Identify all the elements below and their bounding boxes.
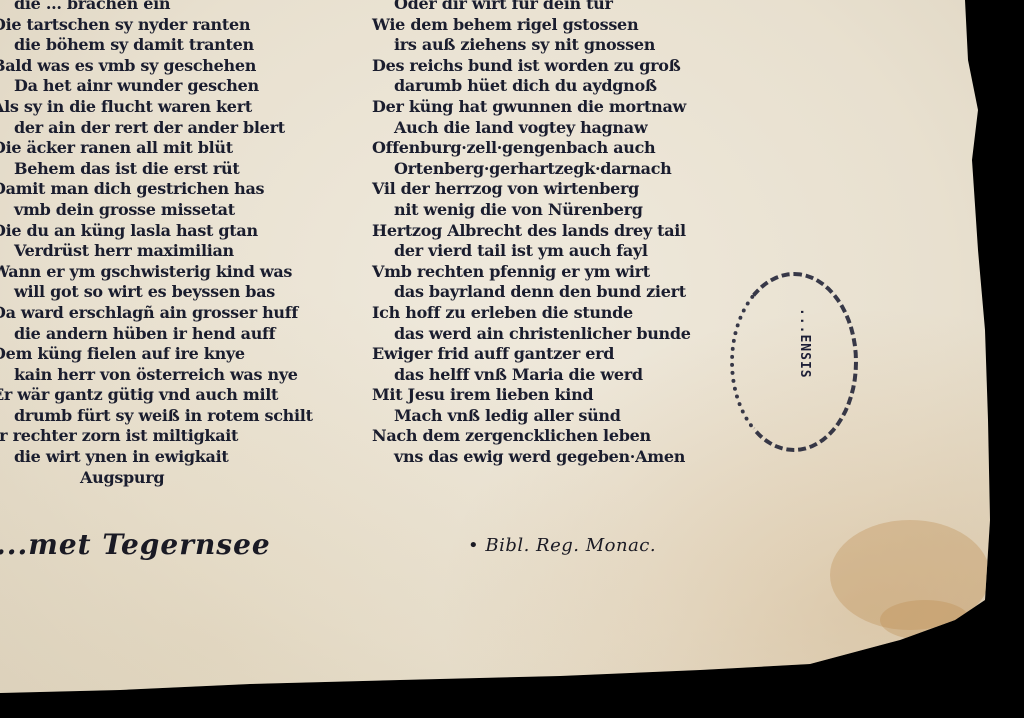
right-text-column: Oder dir wirt für dein tür Wie dem behem… [372,0,691,468]
verse-line: Vmb rechten pfennig er ym wirt [372,262,691,283]
provenance-note-bibl-reg-monac: • Bibl. Reg. Monac. [468,535,656,556]
verse-line: Behem das ist die erst rüt [0,159,313,180]
verse-line: das werd ain christenlicher bunde [372,324,691,345]
verse-line: Wann er ym gschwisterig kind was [0,262,313,283]
verse-line: Mit Jesu irem lieben kind [372,385,691,406]
verse-line: Ich hoff zu erleben die stunde [372,303,691,324]
stamp-text: ...ENSIS [797,308,812,379]
verse-line: Verdrüst herr maximilian [0,241,313,262]
verse-line: Damit man dich gestrichen has [0,179,313,200]
verse-line: Auch die land vogtey hagnaw [372,118,691,139]
verse-line: Offenburg·zell·gengenbach auch [372,138,691,159]
verse-line: irs auß ziehens sy nit gnossen [372,35,691,56]
verse-line: nit wenig die von Nürenberg [372,200,691,221]
verse-line: Oder dir wirt für dein tür [372,0,691,15]
verse-line: der ain der rert der ander blert [0,118,313,139]
left-text-column: die ... brachen ein Die tartschen sy nyd… [0,0,313,488]
verse-line: Ir rechter zorn ist miltigkait [0,426,313,447]
verse-line: Vil der herrzog von wirtenberg [372,179,691,200]
verse-line: Der küng hat gwunnen die mortnaw [372,97,691,118]
verse-line: Mach vnß ledig aller sünd [372,406,691,427]
verse-line: will got so wirt es beyssen bas [0,282,313,303]
verse-line: der vierd tail ist ym auch fayl [372,241,691,262]
verse-line: vmb dein grosse missetat [0,200,313,221]
verse-line: Er wär gantz gütig vnd auch milt [0,385,313,406]
verse-line: Da het ainr wunder geschen [0,76,313,97]
verse-line: die böhem sy damit tranten [0,35,313,56]
verse-line: Die tartschen sy nyder ranten [0,15,313,36]
verse-line: das bayrland denn den bund ziert [372,282,691,303]
verse-line: kain herr von österreich was nye [0,365,313,386]
verse-line: die ... brachen ein [0,0,313,15]
verse-line: die wirt ynen in ewigkait [0,447,313,468]
verse-line: Die du an küng lasla hast gtan [0,221,313,242]
verse-line: Nach dem zergencklichen leben [372,426,691,447]
provenance-note-tegernsee: ...met Tegernsee [0,528,271,561]
verse-line: die andern hüben ir hend auff [0,324,313,345]
verse-line: Hertzog Albrecht des lands drey tail [372,221,691,242]
verse-line: Dem küng fielen auf ire knye [0,344,313,365]
verse-line: vns das ewig werd gegeben·Amen [372,447,691,468]
verse-line: das helff vnß Maria die werd [372,365,691,386]
verse-line: Ewiger frid auff gantzer erd [372,344,691,365]
paper-sheet: die ... brachen ein Die tartschen sy nyd… [0,0,1024,718]
verse-line: Ortenberg·gerhartzegk·darnach [372,159,691,180]
verse-line: darumb hüet dich du aydgnoß [372,76,691,97]
verse-line: Die äcker ranen all mit blüt [0,138,313,159]
verse-line: drumb fürt sy weiß in rotem schilt [0,406,313,427]
verse-line: Bald was es vmb sy geschehen [0,56,313,77]
library-stamp: ...ENSIS [730,272,858,452]
verse-line: Des reichs bund ist worden zu groß [372,56,691,77]
verse-line: Als sy in die flucht waren kert [0,97,313,118]
verse-line: Wie dem behem rigel gstossen [372,15,691,36]
verse-line: Da ward erschlagñ ain grosser huff [0,303,313,324]
foxing-stain [880,600,970,640]
colophon-place: Augspurg [0,468,313,489]
